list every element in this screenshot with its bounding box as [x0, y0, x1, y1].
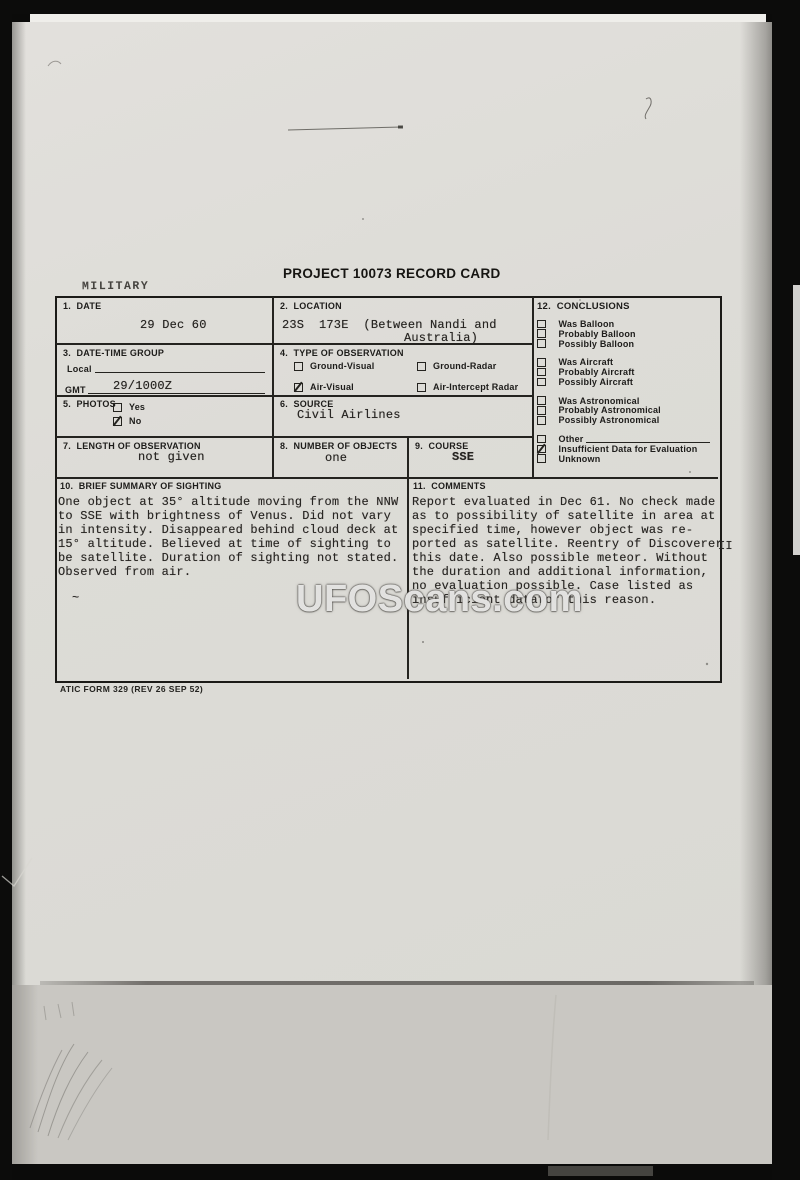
other-underline — [586, 436, 710, 443]
paper-right-shadow — [740, 22, 774, 985]
scan-right-light-sliver — [793, 285, 800, 555]
air-visual-checkbox-icon — [294, 383, 303, 392]
brief-summary-label: 10. BRIEF SUMMARY OF SIGHTING — [60, 481, 222, 491]
unknown-checkbox-icon — [537, 454, 546, 463]
scanned-record-card-page: MILITARY PROJECT 10073 RECORD CARD 1. DA… — [0, 0, 800, 1180]
column-divider-1 — [272, 297, 274, 477]
scan-bottom-black-edge — [0, 1164, 800, 1180]
possibly-aircraft-label: Possibly Aircraft — [559, 377, 634, 387]
row-divider-4 — [56, 477, 718, 479]
possibly-astronomical-label: Possibly Astronomical — [559, 415, 660, 425]
number-of-objects-value: one — [325, 451, 347, 465]
other-label: Other — [559, 434, 584, 444]
length-of-observation-value: not given — [138, 450, 205, 464]
scan-bottom-notch — [548, 1166, 653, 1176]
card-title: PROJECT 10073 RECORD CARD — [283, 266, 501, 281]
conclusions-group-aircraft: Was Aircraft Probably Aircraft Possibly … — [537, 357, 714, 386]
checkbox-ground-radar: Ground-Radar — [417, 361, 496, 371]
ground-radar-label: Ground-Radar — [433, 361, 496, 371]
location-value-line2: Australia) — [404, 331, 478, 345]
backing-sheet — [8, 985, 772, 1167]
conclusion-row: Unknown — [537, 454, 714, 464]
conclusion-row: Was Balloon — [537, 319, 714, 329]
photos-no-checkbox-icon — [113, 417, 122, 426]
probably-aircraft-label: Probably Aircraft — [559, 367, 635, 377]
was-balloon-checkbox-icon — [537, 320, 546, 329]
local-underline — [95, 371, 265, 373]
date-time-group-label: 3. DATE-TIME GROUP — [63, 348, 164, 358]
summary-line: to SSE with brightness of Venus. Did not… — [58, 509, 391, 523]
was-balloon-label: Was Balloon — [559, 319, 615, 329]
insufficient-data-label: Insufficient Data for Evaluation — [559, 444, 698, 454]
scan-right-black-edge — [772, 0, 800, 1180]
checkbox-air-visual: Air-Visual — [294, 382, 354, 392]
comments-line: this date. Also possible meteor. Without — [412, 551, 708, 565]
scan-left-black-edge — [0, 0, 12, 1180]
conclusions-group-other: Other Insufficient Data for Evaluation U… — [537, 434, 714, 463]
was-astronomical-label: Was Astronomical — [559, 396, 640, 406]
number-of-objects-label: 8. NUMBER OF OBJECTS — [280, 441, 397, 451]
conclusions-list: Was Balloon Probably Balloon Possibly Ba… — [537, 319, 714, 473]
summary-line: be satellite. Duration of sighting not s… — [58, 551, 398, 565]
local-label: Local — [67, 364, 92, 374]
checkbox-photos-yes: Yes — [113, 402, 145, 412]
form-number: ATIC FORM 329 (REV 26 SEP 52) — [60, 684, 203, 694]
type-of-observation-label: 4. TYPE OF OBSERVATION — [280, 348, 404, 358]
ground-visual-label: Ground-Visual — [310, 361, 374, 371]
summary-line: 15° altitude. Believed at time of sighti… — [58, 537, 391, 551]
location-label: 2. LOCATION — [280, 301, 342, 311]
conclusion-row: Possibly Balloon — [537, 339, 714, 349]
row-divider-2 — [56, 395, 533, 397]
location-value-line1: 23S 173E (Between Nandi and — [282, 318, 497, 332]
ground-visual-checkbox-icon — [294, 362, 303, 371]
was-aircraft-checkbox-icon — [537, 358, 546, 367]
photos-yes-label: Yes — [129, 402, 145, 412]
air-visual-label: Air-Visual — [310, 382, 354, 392]
checkbox-ground-visual: Ground-Visual — [294, 361, 374, 371]
summary-line: Observed from air. — [58, 565, 191, 579]
comments-line: as to possibility of satellite in area a… — [412, 509, 715, 523]
military-stamp: MILITARY — [82, 280, 149, 293]
comments-line: the duration and additional information, — [412, 565, 708, 579]
summary-line: in intensity. Disappeared behind cloud d… — [58, 523, 398, 537]
air-intercept-radar-label: Air-Intercept Radar — [433, 382, 518, 392]
conclusion-row: Probably Astronomical — [537, 406, 714, 416]
probably-astronomical-checkbox-icon — [537, 406, 546, 415]
possibly-astronomical-checkbox-icon — [537, 416, 546, 425]
conclusion-row: Was Aircraft — [537, 357, 714, 367]
column-divider-2 — [532, 297, 534, 477]
conclusions-group-astronomical: Was Astronomical Probably Astronomical P… — [537, 396, 714, 425]
checkbox-photos-no: No — [113, 416, 141, 426]
photos-label: 5. PHOTOS — [63, 399, 116, 409]
column-divider-3 — [407, 437, 409, 679]
summary-tilde-mark: ~ — [72, 591, 79, 605]
possibly-balloon-checkbox-icon — [537, 339, 546, 348]
insufficient-data-checkbox-icon — [537, 445, 546, 454]
conclusions-group-balloon: Was Balloon Probably Balloon Possibly Ba… — [537, 319, 714, 348]
comments-line: ported as satellite. Reentry of Discover… — [412, 537, 723, 551]
backing-left-shadow — [8, 985, 38, 1167]
conclusion-row: Possibly Astronomical — [537, 415, 714, 425]
date-label: 1. DATE — [63, 301, 101, 311]
comments-line: Report evaluated in Dec 61. No check mad… — [412, 495, 715, 509]
comments-overflow-text: II — [718, 539, 733, 553]
date-value: 29 Dec 60 — [140, 318, 207, 332]
paper-left-shadow — [12, 22, 26, 985]
gmt-label: GMT — [65, 385, 86, 395]
photos-no-label: No — [129, 416, 141, 426]
air-intercept-radar-checkbox-icon — [417, 383, 426, 392]
conclusion-row: Other — [537, 434, 714, 444]
other-checkbox-icon — [537, 435, 546, 444]
conclusion-row: Probably Balloon — [537, 329, 714, 339]
comments-line: specified time, however object was re- — [412, 523, 693, 537]
unknown-label: Unknown — [559, 454, 601, 464]
scan-top-black-edge — [0, 0, 800, 14]
ufoscans-watermark: UFOScans.com — [296, 578, 583, 621]
conclusion-row: Possibly Aircraft — [537, 377, 714, 387]
was-aircraft-label: Was Aircraft — [559, 357, 614, 367]
ground-radar-checkbox-icon — [417, 362, 426, 371]
checkbox-air-intercept-radar: Air-Intercept Radar — [417, 382, 518, 392]
gmt-value: 29/1000Z — [113, 379, 172, 393]
conclusion-row: Probably Aircraft — [537, 367, 714, 377]
possibly-balloon-label: Possibly Balloon — [559, 339, 635, 349]
conclusion-row: Insufficient Data for Evaluation — [537, 444, 714, 454]
was-astronomical-checkbox-icon — [537, 396, 546, 405]
probably-astronomical-label: Probably Astronomical — [559, 405, 661, 415]
probably-aircraft-checkbox-icon — [537, 368, 546, 377]
conclusions-label: 12. CONCLUSIONS — [537, 301, 630, 312]
possibly-aircraft-checkbox-icon — [537, 378, 546, 387]
row-divider-3 — [56, 436, 533, 438]
source-value: Civil Airlines — [297, 408, 401, 422]
probably-balloon-checkbox-icon — [537, 329, 546, 338]
photos-yes-checkbox-icon — [113, 403, 122, 412]
comments-label: 11. COMMENTS — [413, 481, 486, 491]
course-value: SSE — [452, 450, 474, 464]
summary-line: One object at 35° altitude moving from t… — [58, 495, 398, 509]
conclusion-row: Was Astronomical — [537, 396, 714, 406]
probably-balloon-label: Probably Balloon — [559, 329, 636, 339]
